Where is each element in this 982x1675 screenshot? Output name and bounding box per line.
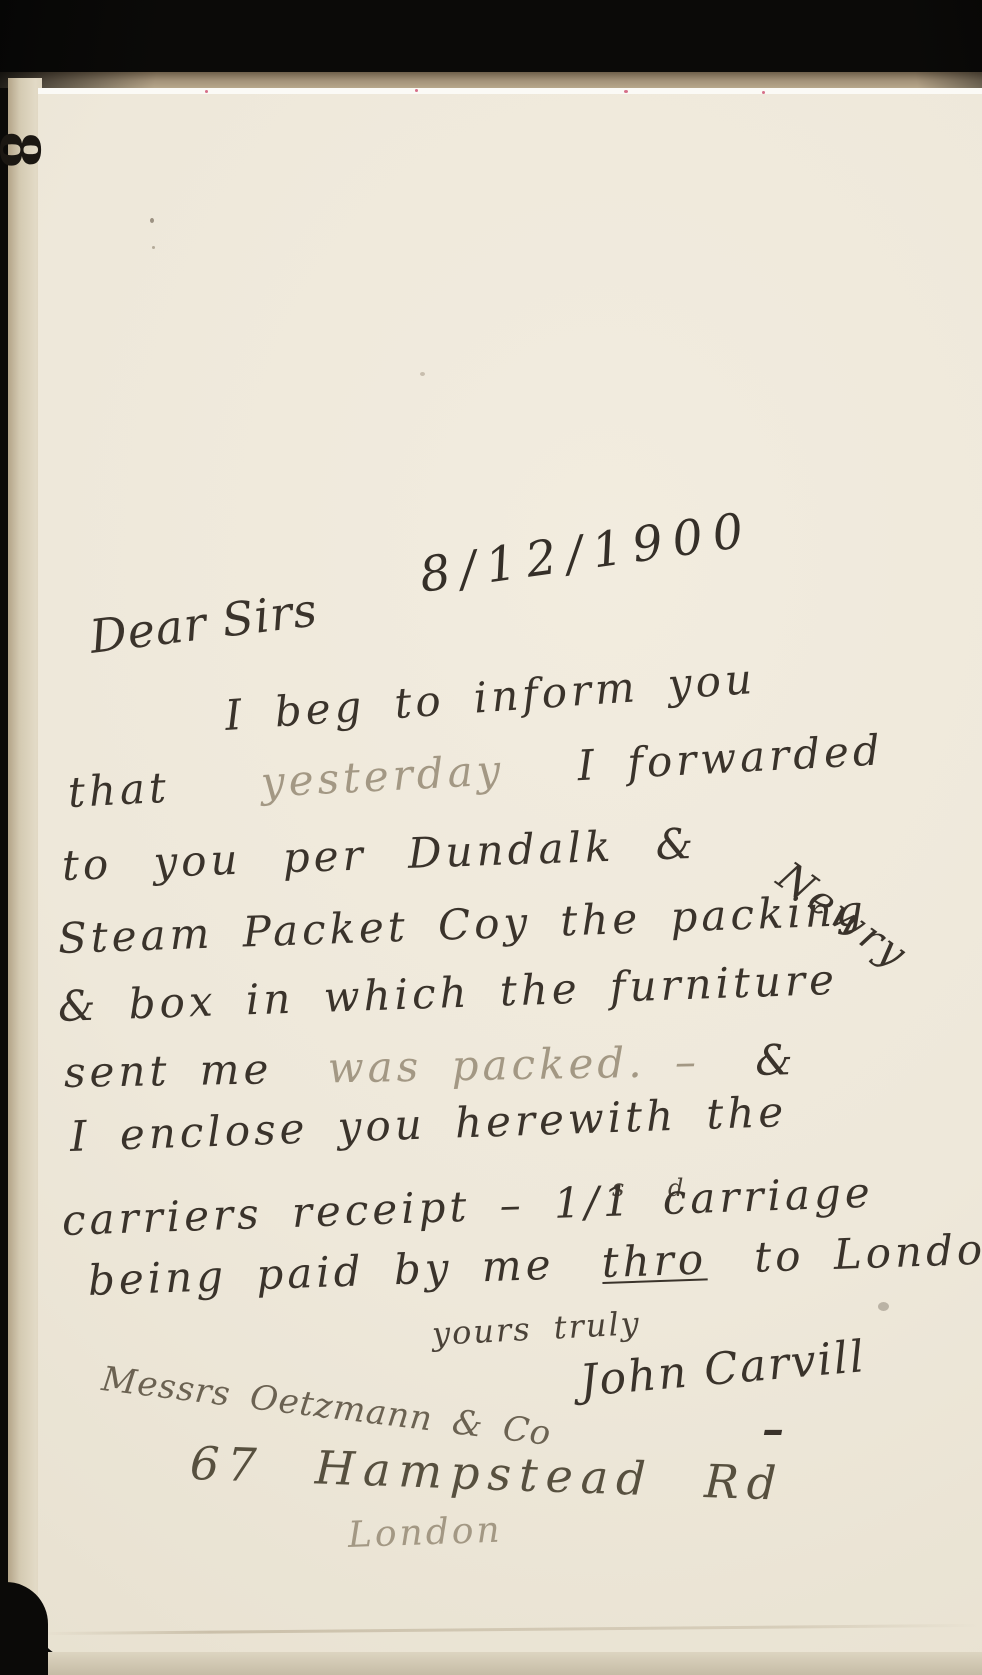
handwritten-text: to London: [753, 1224, 982, 1282]
page-top-edge: [38, 88, 982, 94]
page-bottom-fold: [38, 1652, 982, 1675]
pink-fleck: [762, 91, 765, 94]
paper-speck: [420, 372, 425, 376]
closing: yours truly: [431, 1307, 641, 1350]
paper-speck: [150, 218, 154, 223]
body-line: sent me was packed. – &: [64, 1039, 797, 1094]
pink-fleck: [205, 90, 208, 93]
handwritten-text: that: [67, 763, 171, 817]
handwritten-text-underlined: thro: [601, 1234, 708, 1287]
recipient-city: London: [347, 1513, 503, 1554]
ink-smudge: [878, 1302, 889, 1311]
letter-book-photograph: 8 8/12/1900 Dear Sirs I beg to inform yo…: [0, 0, 982, 1675]
paper-speck: [152, 246, 155, 249]
signature-flourish: –: [762, 1408, 784, 1452]
handwritten-text-faded: was packed. –: [327, 1037, 700, 1092]
handwritten-text: sent me: [64, 1044, 273, 1097]
book-page-edges-top: [0, 0, 982, 88]
pink-fleck: [415, 89, 418, 92]
page-number: 8: [0, 131, 47, 169]
pink-fleck: [624, 90, 628, 93]
handwritten-text: &: [755, 1035, 797, 1085]
book-page-edges-side: [8, 78, 42, 1606]
